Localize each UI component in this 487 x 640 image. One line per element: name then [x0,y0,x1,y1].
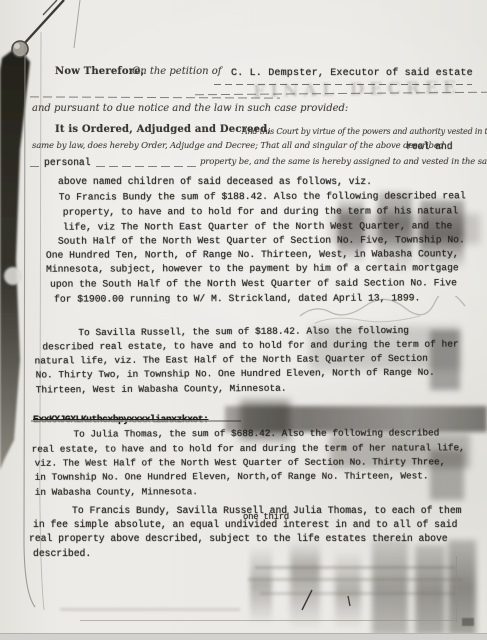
blank-dashes-2 [96,166,196,167]
typed-line: described. [33,548,91,559]
fastener-string-2 [43,0,57,15]
typed-line: South Half of the North West Quarter of … [58,234,465,246]
form-same-by-law: same by law, does hereby Order, Adjudge … [32,141,444,151]
typed-personal: personal [44,157,91,168]
typed-line: real estate, to have and to hold for and… [32,442,465,455]
fold-crease [74,0,80,48]
typed-line: No. Thirty Two, in Township No. One Hund… [36,367,435,381]
paper-fastener-head [12,41,28,57]
typed-real-and: real and [406,141,453,152]
bleed-through-title: FINAL DECREE [253,78,461,102]
ink-smudge [378,192,412,272]
bleed-through-smudge [290,540,320,630]
typed-line: described real estate, to have and to ho… [42,339,458,353]
typed-line: To Francis Bundy the sum of $188.42. Als… [59,190,466,202]
typed-line: Minnesota, subject, however to the payme… [46,262,459,274]
ghost-text-row [260,592,455,595]
form-ordered: It is Ordered, Adjudged and Decreed, [55,124,271,135]
page-edge-shadow [0,46,30,470]
typed-line: natural life, viz. The East Half of the … [34,353,427,367]
form-pursuant: and pursuant to due notice and the law i… [32,103,348,114]
punch-hole [4,267,22,285]
typed-line: To Savilla Russell, the sum of $188.42. … [78,325,409,338]
typed-line: above named children of said deceased as… [58,176,372,187]
bleed-through-smudge [250,545,272,625]
ghost-text-row [255,566,455,569]
interlined-one-third: one third [243,512,289,522]
typed-line: viz. The West Half of the North West Qua… [35,456,446,468]
typed-line: real property above described, subject t… [29,533,448,544]
fill-in-rule [214,84,472,85]
ghost-text-row [248,578,463,581]
strike-overline [31,420,241,422]
under-page-edge-vertical [456,556,457,622]
scan-bottom-edge [0,633,487,640]
bleed-through-smudge [335,550,361,630]
form-court-virtue: And this Court by virtue of the powers a… [242,127,487,136]
form-petition-of: On the petition of [132,66,222,77]
form-property-be: property be, and the same is hereby assi… [200,157,487,167]
typed-line: for $1900.00 running to W/ M. Strickland… [54,292,420,304]
blank-dashes-1 [30,166,42,167]
typed-line: To Julia Thomas, the sum of $688.42. Als… [73,427,439,439]
typed-line: property, to have and to hold for and du… [63,205,458,217]
typed-line: life, viz The North East Quarter of the … [63,220,453,232]
fastener-string [22,0,64,46]
corner-mark [462,618,474,626]
under-page-edge-horizontal [80,620,458,621]
petitioner-name: C. L. Dempster, Executor of said estate [231,68,473,79]
typed-line: upon the South Half of the North West Qu… [50,277,457,289]
bleed-through-smudge [415,545,445,635]
typed-line: in Township No. One Hundred Eleven, Nort… [35,470,429,482]
typed-line: One Hundred Ten, North, of Range No. Thi… [46,248,459,260]
scanned-document-page: FINAL DECREE Now Therefore, On the petit… [0,0,487,640]
fastener-highlight [14,43,20,49]
typed-line: Thirteen, West in Wabasha County, Minnes… [36,383,287,396]
stray-marks [290,588,370,614]
typed-line: in Wabasha County, Minnesota. [35,486,198,498]
